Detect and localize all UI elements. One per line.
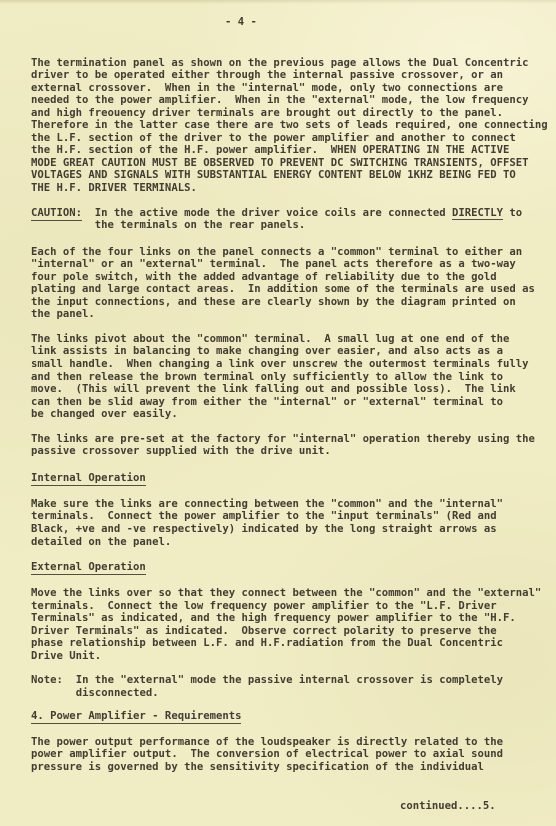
- scanned-manual-page: - 4 - The termination panel as shown on …: [0, 0, 556, 826]
- page-content: - 4 - The termination panel as shown on …: [0, 0, 556, 813]
- paragraph-termination-panel: The termination panel as shown on the pr…: [31, 57, 556, 195]
- page-number: - 4 -: [225, 16, 556, 29]
- footer-continued: continued....5.: [400, 800, 556, 813]
- note-label: Note:: [31, 674, 63, 686]
- section-heading-internal-operation: Internal Operation: [31, 472, 146, 486]
- paragraph-power-output: The power output performance of the loud…: [31, 736, 556, 774]
- caution-text-before: In the active mode the driver voice coil…: [95, 207, 452, 219]
- paragraph-external-instructions: Move the links over so that they connect…: [31, 587, 556, 662]
- caution-emphasis: DIRECTLY: [452, 207, 503, 220]
- section-heading-power-amplifier-row: 4. Power Amplifier - Requirements: [31, 710, 556, 724]
- caution-label: CAUTION:: [31, 207, 82, 221]
- section-heading-external-operation-row: External Operation: [31, 561, 556, 575]
- paragraph-links-common: Each of the four links on the panel conn…: [31, 246, 556, 321]
- section-heading-power-amplifier: 4. Power Amplifier - Requirements: [31, 710, 241, 724]
- section-heading-external-operation: External Operation: [31, 561, 146, 575]
- caution-label-column: CAUTION:: [31, 207, 95, 232]
- caution-text: In the active mode the driver voice coil…: [95, 207, 522, 232]
- paragraph-internal-instructions: Make sure the links are connecting betwe…: [31, 498, 556, 548]
- note-text: In the "external" mode the passive inter…: [76, 674, 503, 699]
- section-heading-internal-operation-row: Internal Operation: [31, 472, 556, 486]
- note-block: Note:In the "external" mode the passive …: [31, 674, 556, 699]
- paragraph-links-pivot: The links pivot about the "common" termi…: [31, 333, 556, 421]
- caution-block: CAUTION:In the active mode the driver vo…: [31, 207, 556, 232]
- note-label-column: Note:: [31, 674, 76, 699]
- paragraph-links-preset: The links are pre-set at the factory for…: [31, 433, 556, 458]
